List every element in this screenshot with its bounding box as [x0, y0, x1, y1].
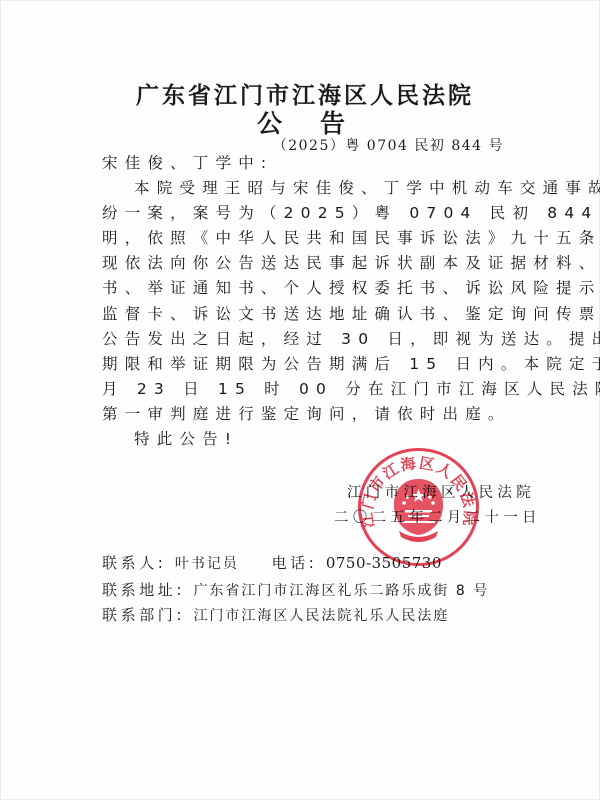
body-line: 期限和举证期限为公告期满后 15 日内。本院定于 2025 年 4	[102, 352, 510, 377]
addressee: 宋佳俊、丁学中:	[102, 151, 510, 176]
body-line: 书、举证通知书、个人授权委托书、诉讼风险提示书、廉政	[102, 276, 510, 301]
body-line: 纷一案，案号为（2025）粤 0704 民初 844 号，因你下落不	[102, 201, 510, 226]
phone-label: 电话:	[272, 554, 318, 572]
body-line: 公告发出之日起，经过 30 日，即视为送达。提出答辩状的	[102, 327, 510, 352]
contact-person-value: 叶书记员	[175, 556, 239, 572]
address-value: 广东省江门市江海区礼乐二路乐成街 8 号	[193, 583, 489, 599]
contact-person-label: 联系人:	[102, 554, 166, 572]
body-line: 月 23 日 15 时 00 分在江门市江海区人民法院礼乐人民法庭	[102, 377, 510, 402]
notice-body: 宋佳俊、丁学中: 本院受理王昭与宋佳俊、丁学中机动车交通事故责任纠 纷一案，案号…	[102, 151, 510, 452]
contact-department-row: 联系部门: 江门市江海区人民法院礼乐人民法庭	[102, 604, 449, 625]
body-line: 第一审判庭进行鉴定询问，请依时出庭。	[102, 402, 510, 427]
document-page: 广东省江门市江海区人民法院 公告 （2025）粤 0704 民初 844 号 宋…	[0, 0, 600, 800]
contact-address-row: 联系地址: 广东省江门市江海区礼乐二路乐成街 8 号	[102, 579, 489, 600]
department-value: 江门市江海区人民法院礼乐人民法庭	[193, 608, 449, 624]
address-label: 联系地址:	[102, 581, 185, 599]
department-label: 联系部门:	[102, 606, 185, 624]
body-line: 监督卡、诉讼文书送达地址确认书、鉴定询问传票等。自本	[102, 302, 510, 327]
national-emblem-icon	[394, 479, 443, 542]
body-line: 本院受理王昭与宋佳俊、丁学中机动车交通事故责任纠	[102, 176, 510, 201]
court-seal-icon: 江门市江海区人民法院	[357, 447, 480, 567]
body-line: 明，依照《中华人民共和国民事诉讼法》九十五条的规定，	[102, 226, 510, 251]
body-line: 现依法向你公告送达民事起诉状副本及证据材料、应诉通知	[102, 251, 510, 276]
